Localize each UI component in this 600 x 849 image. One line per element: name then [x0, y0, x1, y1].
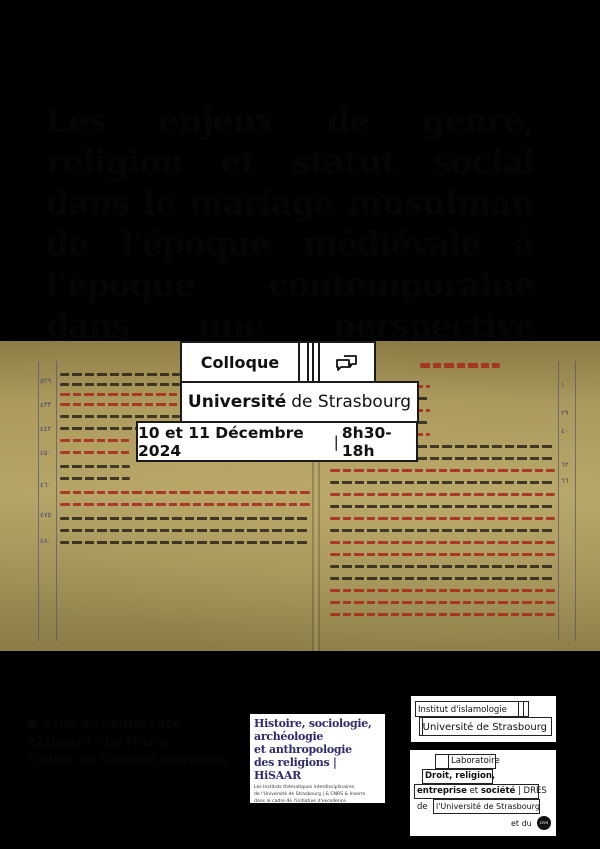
hisaar-logo: Histoire, sociologie, archéologie et ant… — [250, 714, 385, 803]
institut-islamologie-logo: Institut d'islamologie Université de Str… — [411, 696, 556, 742]
decorative-bars — [519, 701, 529, 717]
margin-rule — [558, 361, 559, 641]
date-text: 10 et 11 Décembre 2024 — [138, 424, 331, 460]
hours-text: 8h30-18h — [342, 424, 416, 460]
margin-rule — [38, 361, 39, 641]
speech-bubbles-icon — [318, 341, 376, 383]
venue-address: ● Salle de conférence Bâtiment | La Mish… — [27, 715, 228, 769]
dres-laboratory-logo: Laboratoire Droit, religion, entreprise … — [410, 750, 556, 836]
cnrs-logo-icon: cnrs — [537, 816, 551, 830]
margin-rule — [575, 361, 576, 641]
decorative-bars — [298, 341, 320, 383]
margin-rule — [56, 361, 57, 641]
colloque-label: Colloque — [180, 341, 300, 383]
event-date: 10 et 11 Décembre 2024 | 8h30-18h — [136, 421, 418, 462]
location-pin-icon: ● — [27, 716, 38, 731]
university-label: Université de Strasbourg — [180, 381, 419, 423]
